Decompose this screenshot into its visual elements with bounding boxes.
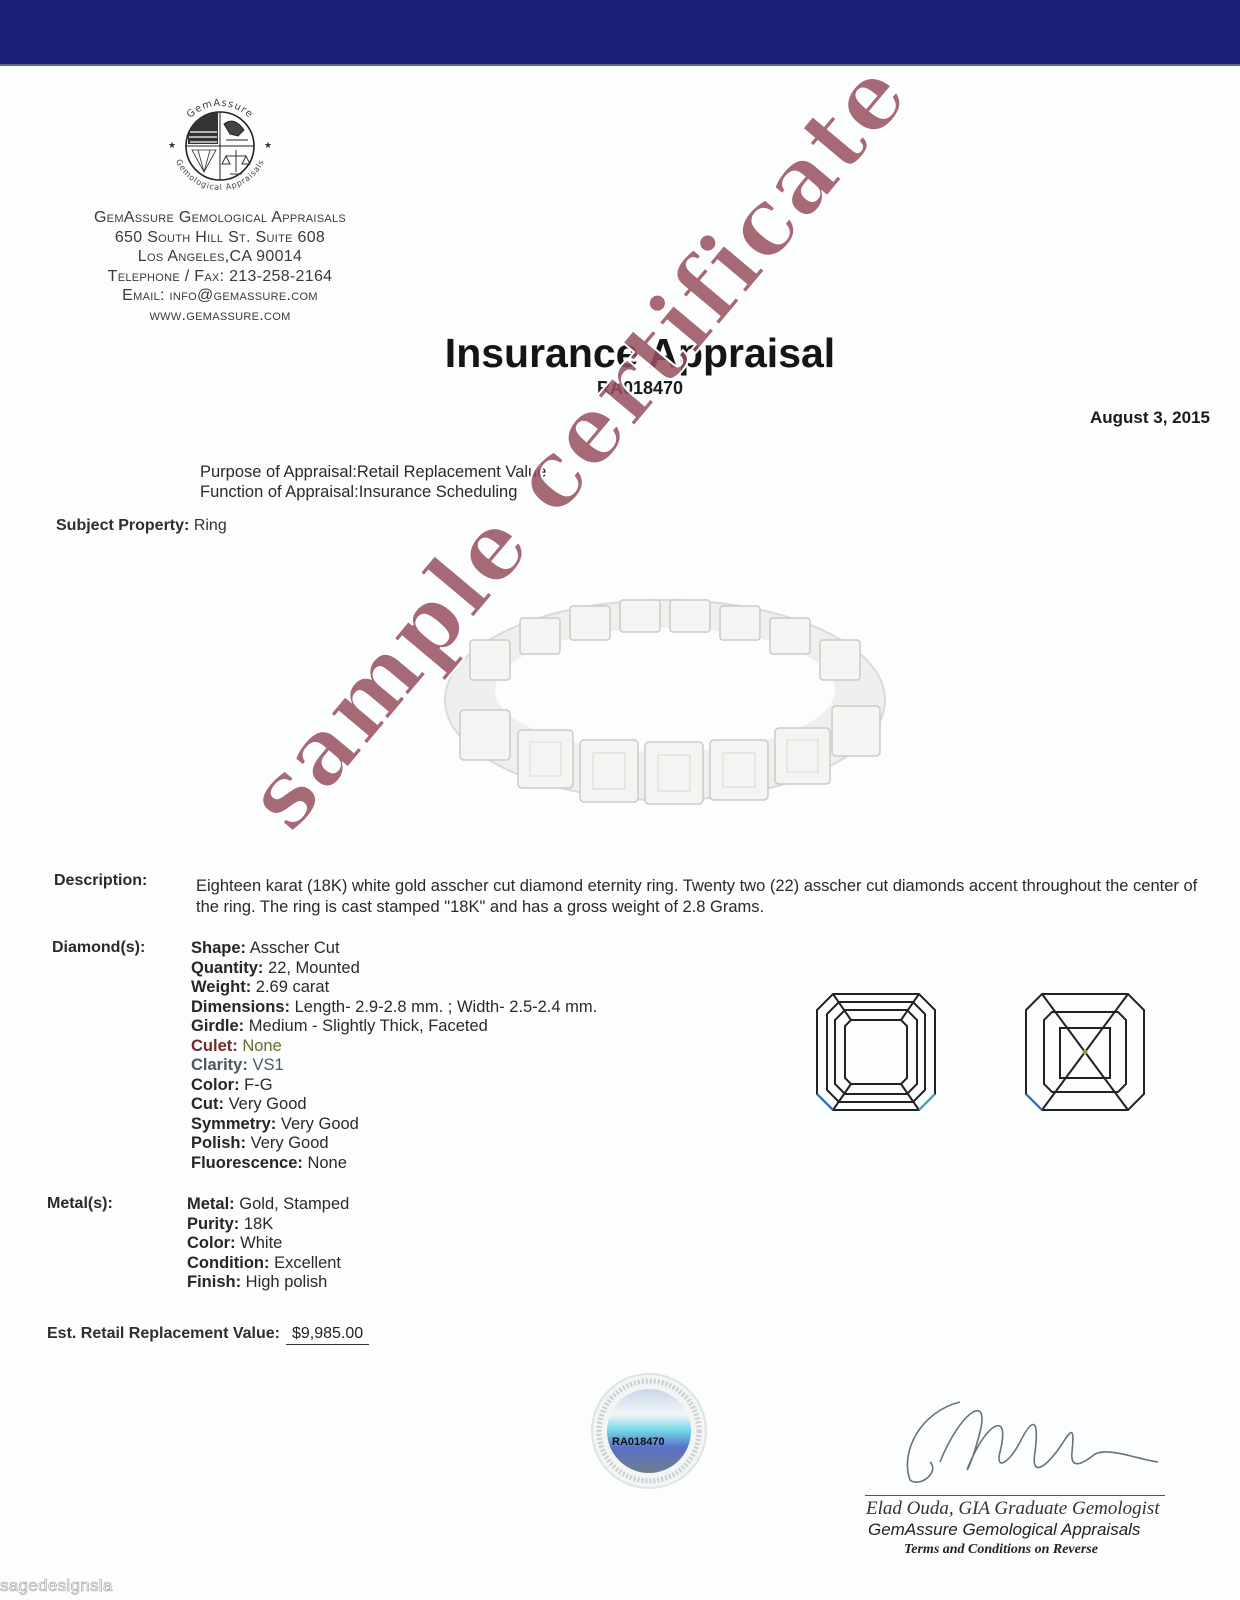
spec-cut: Cut: Very Good (191, 1095, 597, 1115)
address-line-1: 650 South Hill St. Suite 608 (40, 228, 400, 248)
company-address-block: GemAssure Gemological Appraisals 650 Sou… (40, 208, 400, 325)
retail-value-label: Est. Retail Replacement Value: (47, 1325, 280, 1342)
gemassure-seal-icon: GemAssure Gemological Appraisals ★ ★ (160, 86, 280, 206)
spec-metal-color: Color: White (187, 1234, 349, 1254)
svg-text:★: ★ (264, 140, 272, 150)
address-line-2: Los Angeles,CA 90014 (40, 247, 400, 267)
ring-photo (440, 590, 890, 830)
diamonds-label: Diamond(s): (52, 939, 145, 957)
subject-label: Subject Property: (56, 517, 189, 534)
spec-condition: Condition: Excellent (187, 1254, 349, 1274)
description-label: Description: (54, 872, 147, 890)
asscher-crown-view-icon (813, 990, 939, 1114)
email: Email: info@gemassure.com (40, 286, 400, 306)
spec-culet: Culet: None (191, 1037, 597, 1057)
spec-color: Color: F-G (191, 1076, 597, 1096)
spec-clarity: Clarity: VS1 (191, 1056, 597, 1076)
spec-shape: Shape: Asscher Cut (191, 939, 597, 959)
spec-dimensions: Dimensions: Length- 2.9-2.8 mm. ; Width-… (191, 998, 597, 1018)
spec-girdle: Girdle: Medium - Slightly Thick, Faceted (191, 1017, 597, 1037)
subject-property: Subject Property: Ring (56, 517, 227, 535)
spec-polish: Polish: Very Good (191, 1134, 597, 1154)
diamond-specs: Shape: Asscher Cut Quantity: 22, Mounted… (191, 939, 597, 1173)
retail-value-amount: $9,985.00 (286, 1325, 369, 1345)
header-bar (0, 0, 1240, 66)
description-text: Eighteen karat (18K) white gold asscher … (196, 876, 1206, 918)
terms-note: Terms and Conditions on Reverse (904, 1542, 1098, 1558)
signatory-name: Elad Ouda, GIA Graduate Gemologist (866, 1498, 1160, 1520)
function-value: Insurance Scheduling (359, 483, 518, 501)
phone: Telephone / Fax: 213-258-2164 (40, 267, 400, 287)
document-title: Insurance Appraisal (420, 330, 860, 377)
signature (900, 1392, 1160, 1492)
seal-reference: RA018470 (612, 1436, 665, 1448)
signatory-company: GemAssure Gemological Appraisals (868, 1520, 1140, 1540)
metals-label: Metal(s): (47, 1195, 113, 1213)
asscher-pavilion-view-icon (1022, 990, 1148, 1114)
document-date: August 3, 2015 (1090, 408, 1210, 428)
hologram-seal-icon (590, 1372, 708, 1490)
svg-text:★: ★ (168, 140, 176, 150)
spec-fluorescence: Fluorescence: None (191, 1154, 597, 1174)
signature-line (865, 1495, 1165, 1496)
spec-weight: Weight: 2.69 carat (191, 978, 597, 998)
function-label: Function of Appraisal: (200, 483, 359, 501)
spec-symmetry: Symmetry: Very Good (191, 1115, 597, 1135)
metal-specs: Metal: Gold, Stamped Purity: 18K Color: … (187, 1195, 349, 1293)
spec-quantity: Quantity: 22, Mounted (191, 959, 597, 979)
spec-metal: Metal: Gold, Stamped (187, 1195, 349, 1215)
purpose-block: Purpose of Appraisal:Retail Replacement … (200, 462, 546, 502)
purpose-label: Purpose of Appraisal: (200, 463, 357, 481)
purpose-value: Retail Replacement Value (357, 463, 547, 481)
document-reference: RA018470 (540, 378, 740, 399)
company-name: GemAssure Gemological Appraisals (40, 208, 400, 228)
website: www.gemassure.com (40, 306, 400, 326)
spec-purity: Purity: 18K (187, 1215, 349, 1235)
subject-value: Ring (194, 517, 227, 534)
retail-value: Est. Retail Replacement Value:$9,985.00 (47, 1325, 369, 1345)
spec-finish: Finish: High polish (187, 1273, 349, 1293)
seller-watermark: sagedesignsla (0, 1576, 113, 1596)
